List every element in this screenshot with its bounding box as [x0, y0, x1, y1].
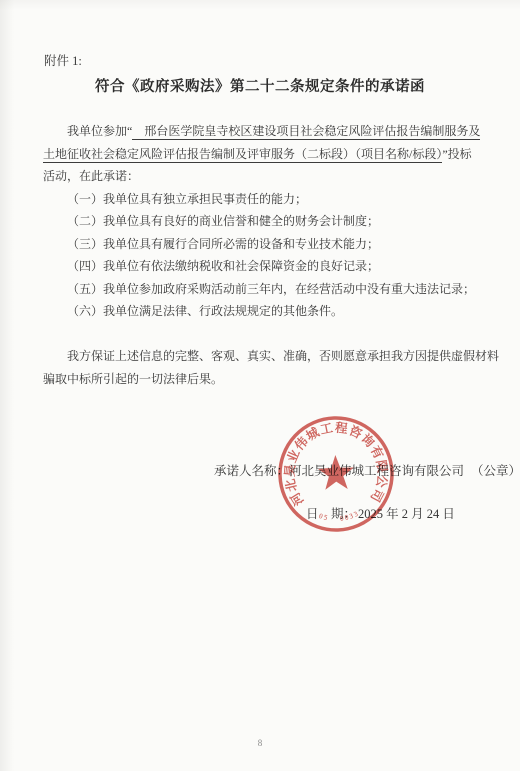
commitment-item-1: （一）我单位具有独立承担民事责任的能力； [43, 188, 495, 211]
attachment-label: 附件 1: [44, 51, 82, 69]
scanned-document-page: 附件 1: 符合《政府采购法》第二十二条规定条件的承诺函 我单位参加“ 邢台医学… [0, 0, 520, 771]
official-seal-note: （公章） [471, 464, 520, 478]
document-body: 我单位参加“ 邢台医学院皇寺校区建设项目社会稳定风险评估报告编制服务及 土地征收… [43, 120, 495, 390]
paragraph-line-1: 我单位参加“ 邢台医学院皇寺校区建设项目社会稳定风险评估报告编制服务及 [43, 120, 495, 143]
page-number: 8 [0, 738, 520, 748]
commitment-item-4: （四）我单位有依法缴纳税收和社会保障资金的良好记录； [43, 255, 495, 278]
date-value: 2025 年 2 月 24 日 [358, 507, 455, 521]
paragraph-prefix: 我单位参加“ [67, 124, 132, 138]
paragraph-line-3: 活动，在此承诺： [43, 165, 495, 188]
signature-line: 承诺人名称：河北昊业伟城工程咨询有限公司（公章） [214, 461, 520, 479]
paragraph-suffix: ”投标 [442, 147, 471, 161]
commitment-item-2: （二）我单位具有良好的商业信誉和健全的财务会计制度； [43, 210, 495, 233]
signer-name-label: 承诺人名称： [214, 464, 289, 478]
commitment-item-3: （三）我单位具有履行合同所必需的设备和专业技术能力； [43, 233, 495, 256]
project-name-underline-1: 邢台医学院皇寺校区建设项目社会稳定风险评估报告编制服务及 [132, 124, 480, 140]
commitment-item-6: （六）我单位满足法律、行政法规规定的其他条件。 [43, 300, 495, 323]
project-name-underline-2: 土地征收社会稳定风险评估报告编制及评审服务（二标段）（项目名称/标段） [43, 147, 442, 163]
page-title: 符合《政府采购法》第二十二条规定条件的承诺函 [0, 75, 520, 96]
paragraph-line-2: 土地征收社会稳定风险评估报告编制及评审服务（二标段）（项目名称/标段）”投标 [43, 143, 495, 166]
guarantee-line-2: 骗取中标所引起的一切法律后果。 [43, 368, 495, 391]
commitment-item-5: （五）我单位参加政府采购活动前三年内，在经营活动中没有重大违法记录； [43, 278, 495, 301]
blank-line [43, 323, 495, 346]
guarantee-line-1: 我方保证上述信息的完整、客观、真实、准确，否则愿意承担我方因提供虚假材料 [43, 345, 495, 368]
signer-company-name: 河北昊业伟城工程咨询有限公司 [289, 464, 464, 478]
date-label: 日 期： [306, 507, 356, 521]
date-line: 日 期：2025 年 2 月 24 日 [306, 504, 455, 522]
